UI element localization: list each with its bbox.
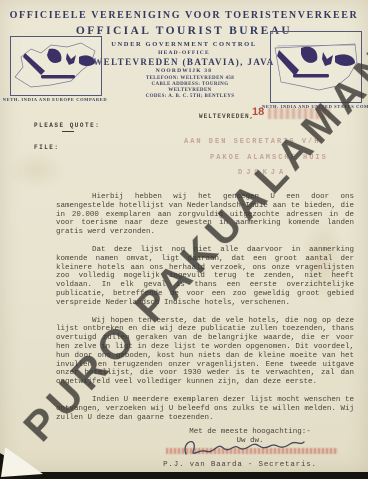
date-stamp-day: 18 <box>252 106 264 118</box>
left-map-caption: NETH. INDIA AND EUROPE COMPARED <box>2 97 108 102</box>
org-name-dutch: OFFICIEELE VEREENIGING VOOR TOERISTENVER… <box>0 10 368 21</box>
please-quote-label: PLEASE QUOTE: <box>34 122 100 129</box>
letter-paper: OFFICIEELE VEREENIGING VOOR TOERISTENVER… <box>0 0 368 473</box>
scanned-letter: OFFICIEELE VEREENIGING VOOR TOERISTENVER… <box>0 0 368 479</box>
signature <box>178 436 308 460</box>
codes-line: CODES: A. B. C. 5TH; BENTLEYS <box>124 94 256 100</box>
signatory-name: P.J. van Baarda - Secretaris. <box>130 461 350 469</box>
dateline-place: WELTEVREDEN, <box>199 113 254 120</box>
photo-background-edge <box>0 472 368 479</box>
paper-stain <box>6 150 66 190</box>
quote-underline-mark <box>62 131 74 132</box>
neth-india-europe-map <box>10 36 102 96</box>
contact-block: TELEFOON: WELTEVREDEN 458 CABLE ADDRESS:… <box>124 76 256 100</box>
body-paragraph: Indien U meerdere exemplaren dezer lijst… <box>56 396 354 422</box>
file-label: FILE: <box>34 144 60 151</box>
closing-salutation: Met de meeste hoogachting:- <box>150 428 350 436</box>
